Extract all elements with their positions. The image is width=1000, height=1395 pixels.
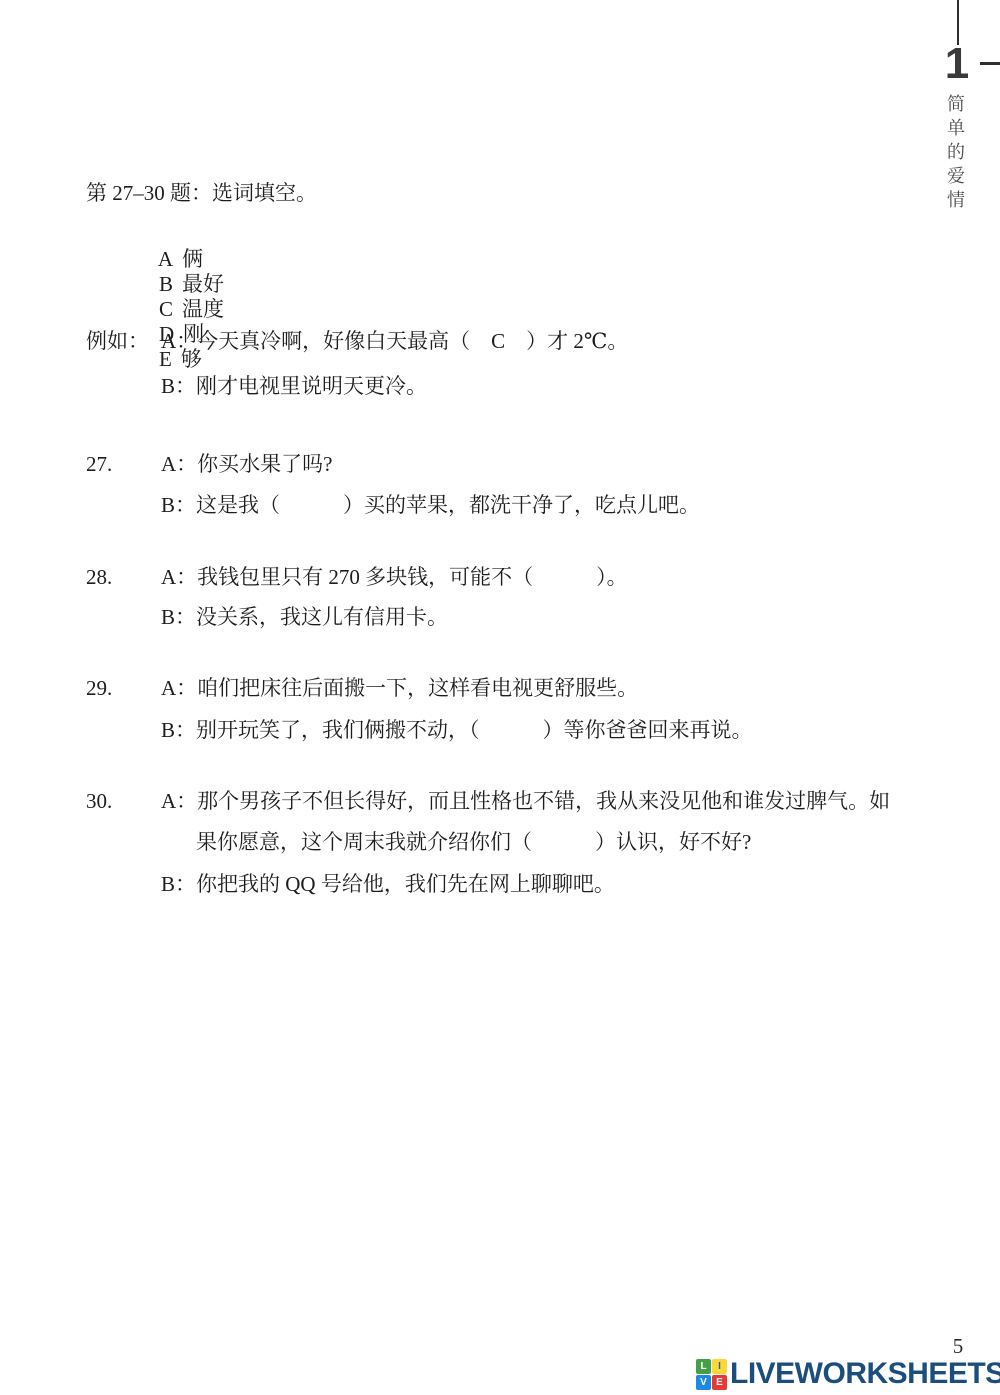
worksheet-page: 1 简单的爱情 第 27–30 题：选词填空。 A俩 B最好 C温度 D刚 E够… bbox=[0, 0, 1000, 1395]
question-28-line-b: B：没关系，我这儿有信用卡。 bbox=[65, 580, 990, 655]
logo-tile-v: V bbox=[696, 1375, 711, 1390]
chapter-dash-line bbox=[980, 62, 1000, 65]
logo-tile-e: E bbox=[712, 1375, 727, 1390]
speaker-label: B： bbox=[161, 493, 196, 518]
liveworksheets-logo[interactable]: L I V E LIVEWORKSHEETS bbox=[696, 1357, 1000, 1391]
example-text-b: 刚才电视里说明天更冷。 bbox=[196, 374, 427, 398]
speaker-label: B： bbox=[161, 872, 196, 897]
question-text: 你把我的 QQ 号给他，我们先在网上聊聊吧。 bbox=[196, 872, 615, 896]
question-text: 这是我（ ）买的苹果，都洗干净了，吃点儿吧。 bbox=[196, 493, 700, 517]
word-bank-item-b: B最好 bbox=[159, 272, 224, 296]
question-29-line-b: B：别开玩笑了，我们俩搬不动，（ ）等你爸爸回来再说。 bbox=[65, 693, 990, 768]
speaker-label: B： bbox=[161, 605, 196, 630]
liveworksheets-icon: L I V E bbox=[696, 1359, 727, 1390]
question-text: 别开玩笑了，我们俩搬不动，（ ）等你爸爸回来再说。 bbox=[196, 718, 753, 742]
section-title-text: 第 27–30 题：选词填空。 bbox=[86, 181, 317, 205]
word-bank-word: 俩 bbox=[182, 247, 203, 271]
word-bank-letter: B bbox=[159, 272, 173, 296]
chapter-number: 1 bbox=[936, 42, 978, 86]
number-spacer bbox=[86, 493, 161, 518]
speaker-label: B： bbox=[161, 374, 196, 399]
question-30-line-b: B：你把我的 QQ 号给他，我们先在网上聊聊吧。 bbox=[65, 847, 990, 922]
number-spacer bbox=[86, 605, 161, 630]
speaker-label: B： bbox=[161, 718, 196, 743]
word-bank-letter: A bbox=[158, 247, 173, 271]
logo-tile-l: L bbox=[696, 1359, 711, 1374]
word-bank-word: 最好 bbox=[182, 272, 224, 296]
question-27-line-b: B：这是我（ ）买的苹果，都洗干净了，吃点儿吧。 bbox=[65, 468, 990, 543]
number-spacer bbox=[86, 718, 161, 743]
number-spacer bbox=[86, 872, 161, 897]
number-spacer bbox=[86, 374, 161, 399]
question-text: 没关系，我这儿有信用卡。 bbox=[196, 605, 448, 629]
logo-tile-i: I bbox=[712, 1359, 727, 1374]
example-line-b: B：刚才电视里说明天更冷。 bbox=[65, 349, 990, 424]
word-bank-item-a: A俩 bbox=[158, 247, 203, 271]
section-title: 第 27–30 题：选词填空。 bbox=[65, 156, 990, 231]
liveworksheets-wordmark: LIVEWORKSHEETS bbox=[730, 1357, 1000, 1391]
page-number: 5 bbox=[938, 1334, 978, 1359]
